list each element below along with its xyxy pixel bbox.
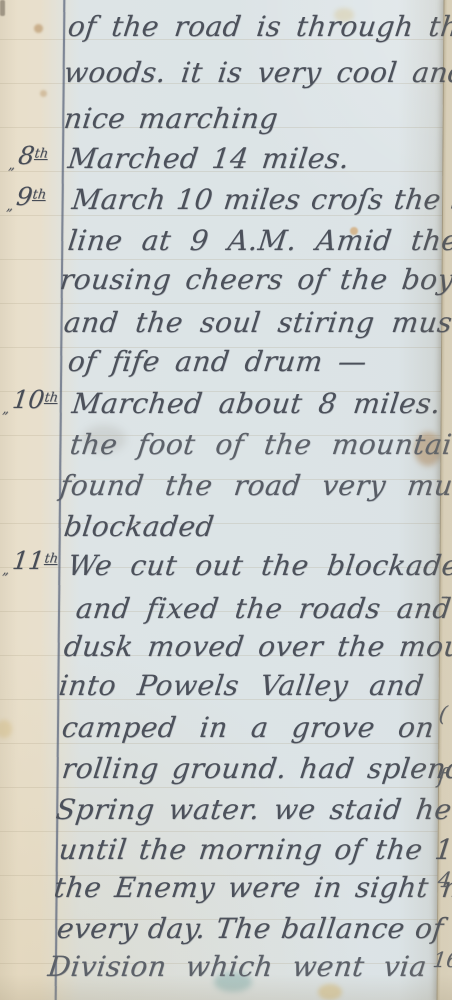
margin-date-10th: „10th bbox=[2, 385, 60, 414]
margin-date-8th: „8th bbox=[8, 141, 50, 170]
edge-text-fragment: 16 bbox=[432, 948, 452, 972]
handwriting-line: Marched 14 miles. bbox=[66, 142, 351, 176]
handwriting-line: of the road is through the bbox=[66, 10, 452, 44]
date-ordinal: th bbox=[44, 391, 59, 406]
handwriting-line: every day. The ballance of the bbox=[55, 912, 452, 946]
handwriting-line: the Enemy were in sight most bbox=[52, 871, 452, 905]
handwriting-line: of fife and drum — bbox=[66, 345, 369, 379]
handwriting-line: We cut out the blockade bbox=[66, 549, 452, 583]
stain bbox=[34, 24, 43, 33]
handwriting-line: blockaded bbox=[62, 510, 216, 544]
handwriting-line: Spring water. we staid here bbox=[54, 793, 452, 827]
handwriting-line: Marched about 8 miles. to bbox=[70, 387, 452, 421]
margin-date-11th: „11th bbox=[2, 546, 60, 575]
edge-text-fragment: 4 bbox=[437, 868, 452, 892]
ditto-mark: „ bbox=[6, 199, 15, 214]
handwriting-line: into Powels Valley and bbox=[57, 669, 426, 703]
stain bbox=[318, 984, 342, 1000]
handwriting-line: rolling ground. had splendid bbox=[60, 752, 452, 786]
handwriting-line: and fixed the roads and by bbox=[74, 592, 452, 626]
handwriting-line: line at 9 A.M. Amid the bbox=[66, 224, 452, 258]
handwriting-line: the foot of the mountain bbox=[68, 428, 452, 462]
date-ordinal: th bbox=[44, 552, 59, 567]
handwriting-line: until the morning of the 18th bbox=[57, 833, 452, 867]
ditto-mark: „ bbox=[2, 402, 11, 417]
handwriting-line: woods. it is very cool and bbox=[62, 56, 452, 90]
stain bbox=[40, 90, 47, 97]
date-day: 9 bbox=[15, 182, 34, 211]
handwriting-line: March 10 miles croſs the state bbox=[70, 183, 452, 217]
handwriting-line: found the road very much bbox=[58, 469, 452, 503]
handwriting-line: camped in a grove on bbox=[60, 711, 436, 745]
date-day: 10 bbox=[11, 385, 46, 414]
ditto-mark: „ bbox=[8, 158, 17, 173]
date-ordinal: th bbox=[32, 188, 47, 203]
date-day: 8 bbox=[17, 141, 36, 170]
handwriting-line: dusk moved over the mountain bbox=[62, 630, 452, 664]
stain bbox=[0, 720, 12, 738]
handwriting-line: nice marching bbox=[62, 102, 280, 136]
date-ordinal: th bbox=[34, 147, 49, 162]
handwriting-line: Division which went via bbox=[46, 950, 429, 984]
date-day: 11 bbox=[11, 546, 46, 575]
margin-date-9th: „9th bbox=[6, 182, 48, 211]
diary-page: „8th „9th „10th „11th of the road is thr… bbox=[0, 0, 452, 1000]
handwriting-line: and the soul stiring music bbox=[62, 306, 452, 340]
handwriting-line: rousing cheers of the boys. bbox=[58, 263, 452, 297]
ditto-mark: „ bbox=[2, 563, 11, 578]
stain bbox=[0, 0, 5, 16]
